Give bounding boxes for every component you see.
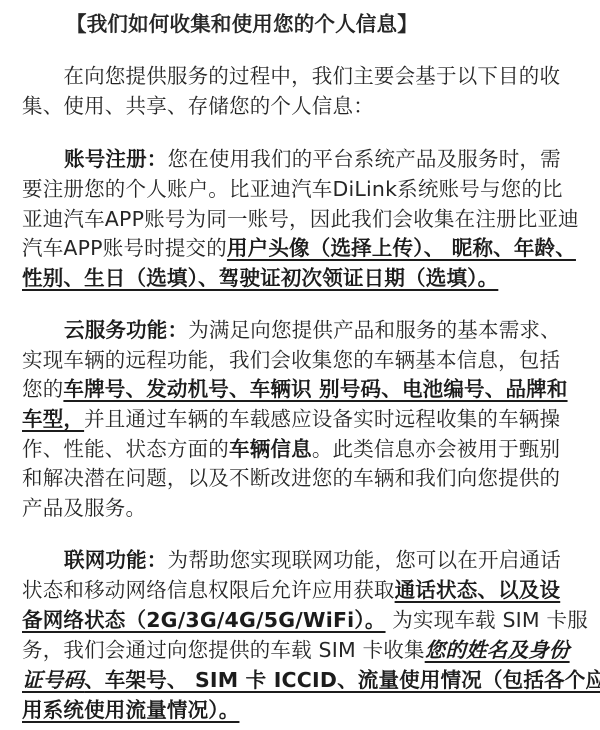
account-registration-line-3: 亚迪汽车APP账号为同一账号，因此我们会收集在注册比亚迪 xyxy=(22,205,579,233)
cloud-service-heading: 云服务功能： xyxy=(64,318,188,342)
network-function-line-3: 备网络状态（2G/3G/4G/5G/WiFi）。 为实现车载 SIM 卡服 xyxy=(22,606,588,634)
collected-data-highlight: 用户头像（选择上传）、 昵称、年龄、 xyxy=(227,236,576,260)
cloud-service-line-2: 实现车辆的远程功能，我们会收集您的车辆基本信息，包括 xyxy=(22,346,560,374)
section-title: 【我们如何收集和使用您的个人信息】 xyxy=(66,10,418,38)
privacy-policy-document: 【我们如何收集和使用您的个人信息】 在向您提供服务的过程中，我们主要会基于以下目… xyxy=(0,0,600,730)
network-function-line-1: 联网功能：为帮助您实现联网功能，您可以在开启通话 xyxy=(64,546,561,574)
paragraph-text: 为实现车载 SIM 卡服 xyxy=(386,608,588,632)
intro-line-2: 集、使用、共享、存储您的个人信息： xyxy=(22,92,374,120)
cloud-service-line-4: 车型，并且通过车辆的车载感应设备实时远程收集的车辆操 xyxy=(22,405,560,433)
cloud-service-line-1: 云服务功能：为满足向您提供产品和服务的基本需求、 xyxy=(64,316,561,344)
account-registration-line-5: 性别、生日（选填）、驾驶证初次领证日期（选填）。 xyxy=(22,264,498,292)
paragraph-text: 您在使用我们的平台系统产品及服务时，需 xyxy=(168,147,561,171)
collected-data-highlight: 您的姓名及身份 xyxy=(425,638,570,662)
account-registration-line-4: 汽车APP账号时提交的用户头像（选择上传）、 昵称、年龄、 xyxy=(22,234,576,262)
cloud-service-line-3: 您的车牌号、发动机号、车辆识 别号码、电池编号、品牌和 xyxy=(22,375,568,403)
collected-data-highlight: 备网络状态（2G/3G/4G/5G/WiFi）。 xyxy=(22,608,386,632)
paragraph-text: 您的 xyxy=(22,377,63,401)
network-function-line-6: 用系统使用流量情况）。 xyxy=(22,696,239,724)
vehicle-info-bold: 车辆信息 xyxy=(229,437,312,461)
collected-data-highlight: 证号码 xyxy=(22,668,84,692)
cloud-service-line-6: 和解决潜在问题，以及不断改进您的车辆和我们向您提供的 xyxy=(22,464,560,492)
account-registration-heading: 账号注册： xyxy=(64,147,168,171)
network-function-line-4: 务，我们会通过向您提供的车载 SIM 卡收集您的姓名及身份 xyxy=(22,636,570,664)
collected-data-highlight: 车型， xyxy=(22,407,84,431)
collected-data-highlight: 、车架号、 SIM 卡 ICCID、流量使用情况（包括各个应 xyxy=(84,668,600,692)
network-function-line-5: 证号码、车架号、 SIM 卡 ICCID、流量使用情况（包括各个应 xyxy=(22,666,600,694)
collected-data-highlight: 车牌号、发动机号、车辆识 别号码、电池编号、品牌和 xyxy=(63,377,567,401)
paragraph-text: 。此类信息亦会被用于甄别 xyxy=(312,437,560,461)
account-registration-line-1: 账号注册：您在使用我们的平台系统产品及服务时，需 xyxy=(64,145,561,173)
intro-line-1: 在向您提供服务的过程中，我们主要会基于以下目的收 xyxy=(22,62,560,90)
collected-data-highlight: 通话状态、以及设 xyxy=(395,578,561,602)
paragraph-text: 为帮助您实现联网功能，您可以在开启通话 xyxy=(168,548,561,572)
network-function-heading: 联网功能： xyxy=(64,548,168,572)
collected-data-highlight: 用系统使用流量情况）。 xyxy=(22,698,239,722)
collected-data-highlight: 性别、生日（选填）、驾驶证初次领证日期（选填）。 xyxy=(22,266,498,290)
paragraph-text: 汽车APP账号时提交的 xyxy=(22,236,227,260)
cloud-service-line-7: 产品及服务。 xyxy=(22,494,146,522)
cloud-service-line-5: 作、性能、状态方面的车辆信息。此类信息亦会被用于甄别 xyxy=(22,435,560,463)
paragraph-text: 并且通过车辆的车载感应设备实时远程收集的车辆操 xyxy=(84,407,560,431)
paragraph-text: 作、性能、状态方面的 xyxy=(22,437,229,461)
paragraph-text: 务，我们会通过向您提供的车载 SIM 卡收集 xyxy=(22,638,425,662)
account-registration-line-2: 要注册您的个人账户。比亚迪汽车DiLink系统账号与您的比 xyxy=(22,175,563,203)
network-function-line-2: 状态和移动网络信息权限后允许应用获取通话状态、以及设 xyxy=(22,576,560,604)
paragraph-text: 状态和移动网络信息权限后允许应用获取 xyxy=(22,578,395,602)
paragraph-text: 为满足向您提供产品和服务的基本需求、 xyxy=(188,318,561,342)
